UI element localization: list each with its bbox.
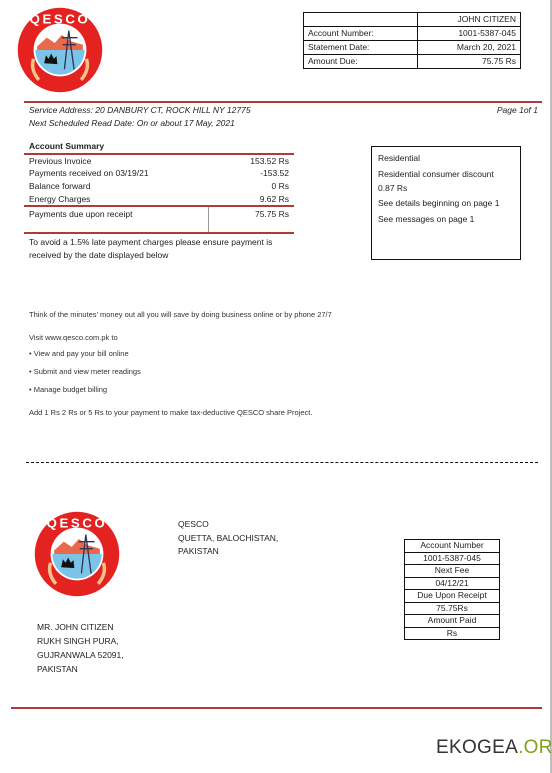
summary-total-row: Payments due upon receipt75.75 Rs: [29, 208, 289, 220]
account-info-table: JOHN CITIZEN Account Number:1001-5387-04…: [303, 12, 521, 69]
late-payment-note: To avoid a 1.5% late payment charges ple…: [29, 236, 272, 262]
amount-due: 75.75 Rs: [417, 55, 521, 69]
svg-text:QESCO: QESCO: [47, 516, 108, 531]
summary-row: Energy Charges9.62 Rs: [29, 193, 289, 205]
bullet-item: • View and pay your bill online: [29, 349, 129, 358]
account-summary-title: Account Summary: [29, 141, 104, 151]
footer-divider: [11, 707, 542, 709]
visit-website: Visit www.qesco.com.pk to: [29, 333, 118, 342]
qesco-logo-icon: QESCO: [16, 6, 104, 94]
bullet-item: • Submit and view meter readings: [29, 367, 141, 376]
tear-off-line: [26, 462, 538, 463]
summary-bottom-line: [24, 232, 294, 234]
summary-row: Balance forward0 Rs: [29, 180, 289, 192]
account-number-label: Account Number:: [304, 27, 418, 41]
amount-due-label: Amount Due:: [304, 55, 418, 69]
next-read-date: Next Scheduled Read Date: On or about 17…: [29, 116, 235, 130]
qesco-logo-icon: QESCO: [33, 510, 121, 598]
promo-message: Think of the minutes’ money out all you …: [29, 310, 332, 319]
customer-name: JOHN CITIZEN: [417, 13, 521, 27]
bullet-item: • Manage budget billing: [29, 385, 107, 394]
summary-mid-line: [24, 205, 294, 207]
page-number: Page 1of 1: [497, 103, 538, 117]
watermark: EKOGEA.ORG: [436, 737, 552, 759]
statement-date: March 20, 2021: [417, 41, 521, 55]
remittance-table: Account Number 1001-5387-045 Next Fee 04…: [404, 539, 500, 640]
statement-date-label: Statement Date:: [304, 41, 418, 55]
info-box: Residential Residential consumer discoun…: [371, 146, 521, 260]
account-number: 1001-5387-045: [417, 27, 521, 41]
summary-column-separator: [208, 207, 209, 232]
svg-text:QESCO: QESCO: [30, 12, 91, 27]
summary-row: Payments received on 03/19/21-153.52: [29, 167, 289, 179]
service-address: Service Address: 20 DANBURY CT, ROCK HIL…: [29, 103, 251, 117]
donation-message: Add 1 Rs 2 Rs or 5 Rs to your payment to…: [29, 408, 312, 417]
company-address: QESCO QUETTA, BALOCHISTAN, PAKISTAN: [178, 518, 278, 559]
customer-address: MR. JOHN CITIZEN RUKH SINGH PURA, GUJRAN…: [37, 620, 124, 676]
summary-row: Previous Invoice153.52 Rs: [29, 155, 289, 167]
